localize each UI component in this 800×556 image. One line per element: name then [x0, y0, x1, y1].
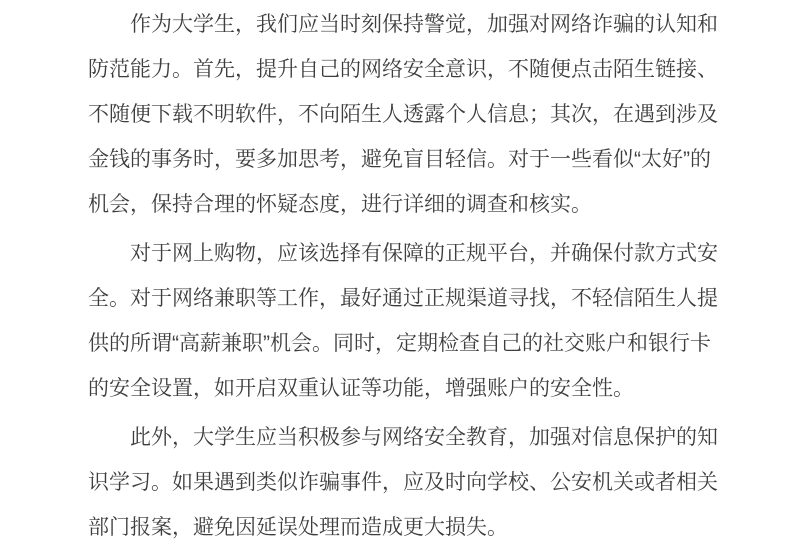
paragraph: 此外，大学生应当积极参与网络安全教育，加强对信息保护的知识学习。如果遇到类似诈骗…	[88, 415, 720, 550]
document-text-block: 作为大学生，我们应当时刻保持警觉，加强对网络诈骗的认知和防范能力。首先，提升自己…	[88, 2, 720, 554]
paragraph: 作为大学生，我们应当时刻保持警觉，加强对网络诈骗的认知和防范能力。首先，提升自己…	[88, 2, 720, 227]
paragraph: 对于网上购物，应该选择有保障的正规平台，并确保付款方式安全。对于网络兼职等工作，…	[88, 231, 720, 411]
document-page: 作为大学生，我们应当时刻保持警觉，加强对网络诈骗的认知和防范能力。首先，提升自己…	[0, 0, 800, 556]
